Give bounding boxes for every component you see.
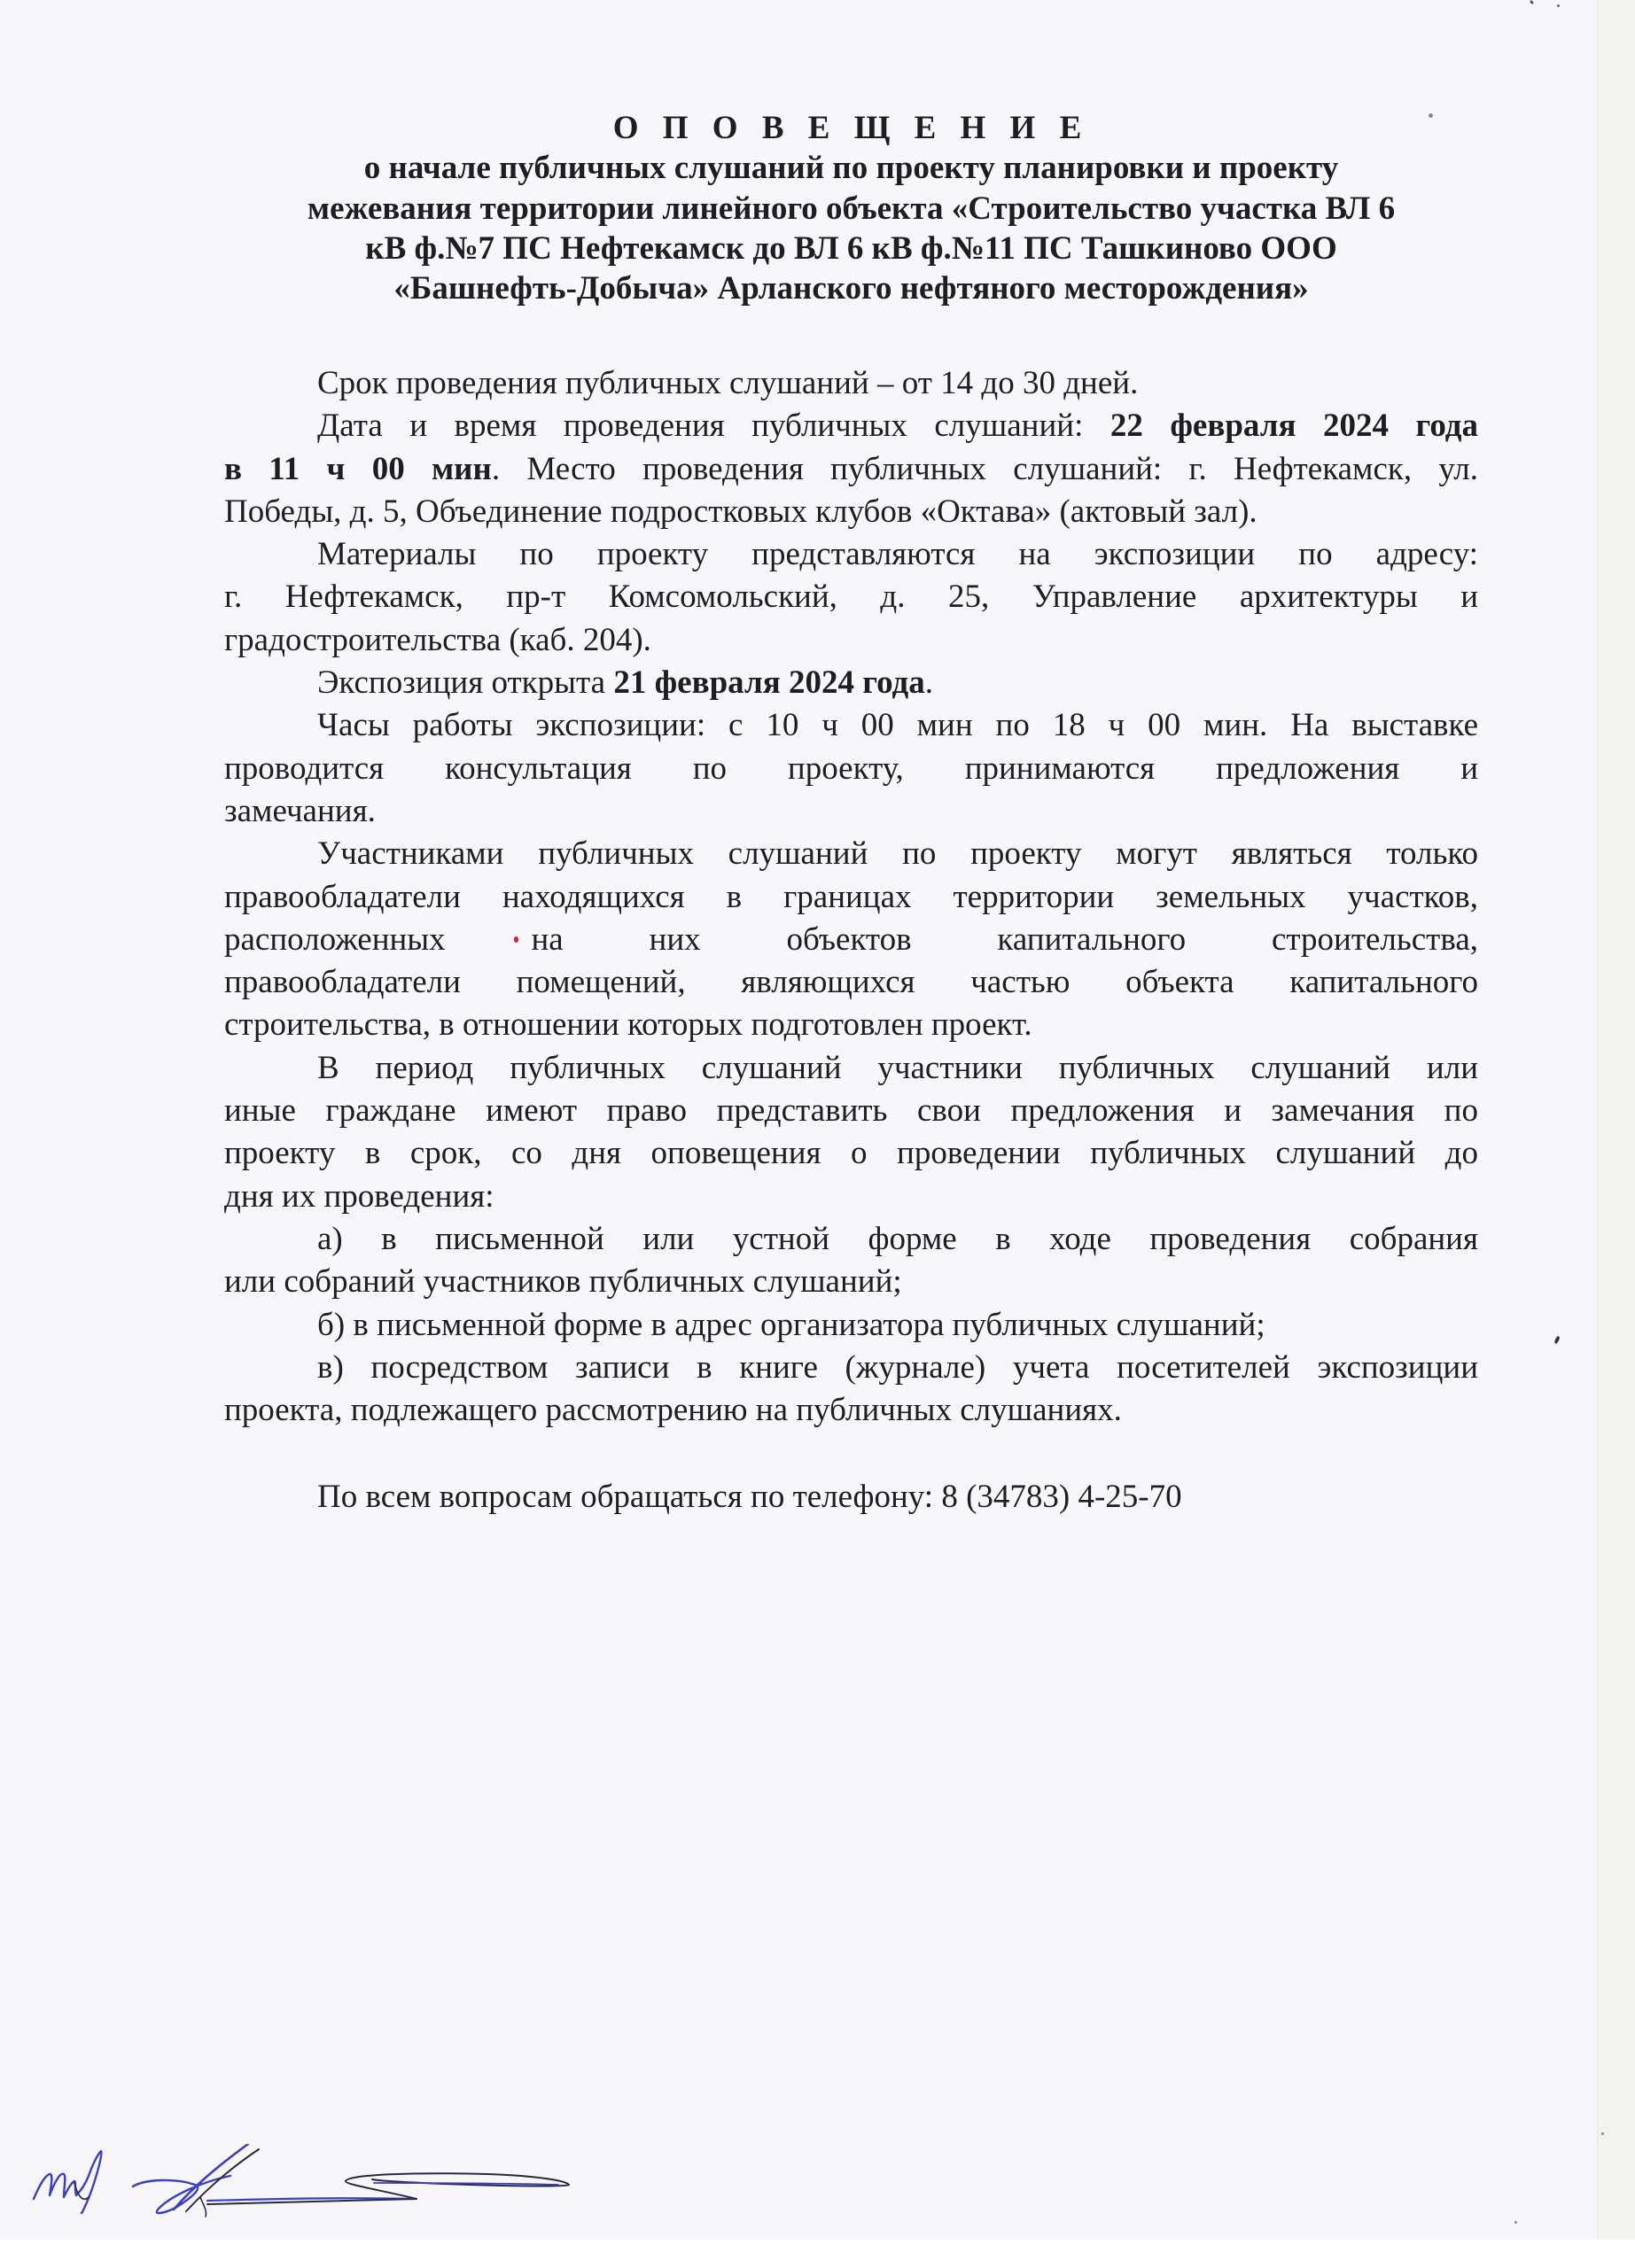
subtitle-line-4: «Башнефть-Добыча» Арланского нефтяного м…	[224, 268, 1478, 308]
paragraph-materials-line-3: градостроительства (каб. 204).	[224, 619, 1478, 662]
paragraph-materials-line-1: Материалы по проекту представляются на э…	[224, 533, 1478, 576]
subtitle-line-3: кВ ф.№7 ПС Нефтекамск до ВЛ 6 кВ ф.№11 П…	[224, 229, 1478, 268]
paragraph-participants-line-1: Участниками публичных слушаний по проект…	[224, 833, 1478, 875]
exposition-date: 21 февраля 2024 года	[613, 664, 924, 701]
paragraph-date-place-line-3: Победы, д. 5, Объединение подростковых к…	[224, 491, 1478, 533]
paragraph-rights-line-1: В период публичных слушаний участники пу…	[224, 1047, 1478, 1090]
paragraph-participants-line-3: расположенных на них объектов капитально…	[224, 919, 1478, 961]
option-c-line-2: проекта, подлежащего рассмотрению на пуб…	[224, 1389, 1478, 1432]
paragraph-rights-line-2: иные граждане имеют право представить св…	[224, 1090, 1478, 1132]
paragraph-exposition-open: Экспозиция открыта 21 февраля 2024 года.	[224, 662, 1478, 704]
date-label: Дата и время проведения публичных слушан…	[317, 408, 1083, 444]
option-c-line-1: в) посредством записи в книге (журнале) …	[224, 1347, 1478, 1389]
signature-block	[27, 2144, 594, 2241]
document-header: О П О В Е Щ Е Н И Е о начале публичных с…	[224, 112, 1478, 308]
scan-speck	[1514, 2221, 1517, 2224]
initials-signature-icon	[34, 2151, 101, 2213]
option-a-line-2: или собраний участников публичных слушан…	[224, 1261, 1478, 1303]
paragraph-rights-line-4: дня их проведения:	[224, 1176, 1478, 1218]
paragraph-materials-line-2: г. Нефтекамск, пр-т Комсомольский, д. 25…	[224, 576, 1478, 618]
subtitle-line-1: о начале публичных слушаний по проекту п…	[224, 148, 1478, 188]
paragraph-hours-line-3: замечания.	[224, 790, 1478, 833]
paragraph-participants-line-2: правообладатели находящихся в границах т…	[224, 876, 1478, 919]
paragraph-participants-line-5: строительства, в отношении которых подго…	[224, 1004, 1478, 1046]
subtitle-line-2: межевания территории линейного объекта «…	[224, 189, 1478, 229]
contact-phone-line: По всем вопросам обращаться по телефону:…	[317, 1476, 1182, 1518]
paragraph-hours-line-1: Часы работы экспозиции: с 10 ч 00 мин по…	[224, 704, 1478, 747]
paragraph-rights-line-3: проекту в срок, со дня оповещения о пров…	[224, 1132, 1478, 1175]
scan-speck	[1601, 2132, 1604, 2135]
scan-edge-strip	[1597, 0, 1635, 2240]
red-ink-dot	[514, 936, 518, 943]
scan-speck	[1557, 4, 1560, 7]
paragraph-date-place-line-1: Дата и время проведения публичных слушан…	[224, 405, 1478, 447]
exposition-label: Экспозиция открыта	[317, 664, 605, 701]
document-body: Срок проведения публичных слушаний – от …	[224, 362, 1478, 1432]
place-label: . Место проведения публичных слушаний: г…	[492, 451, 1478, 487]
option-a-line-1: а) в письменной или устной форме в ходе …	[224, 1218, 1478, 1261]
hearing-date: 22 февраля 2024 года	[1110, 408, 1478, 444]
period: .	[925, 664, 933, 701]
option-b-line-1: б) в письменной форме в адрес организато…	[224, 1304, 1478, 1347]
paragraph-date-place-line-2: в 11 ч 00 мин. Место проведения публичны…	[224, 448, 1478, 491]
handwritten-signature-icon	[133, 2144, 569, 2217]
document-title: О П О В Е Щ Е Н И Е	[224, 108, 1478, 148]
paragraph-duration: Срок проведения публичных слушаний – от …	[224, 362, 1478, 405]
scan-speck	[1429, 113, 1433, 118]
hearing-time: в 11 ч 00 мин	[224, 451, 492, 487]
paragraph-participants-line-4: правообладатели помещений, являющихся ча…	[224, 961, 1478, 1004]
paragraph-hours-line-2: проводится консультация по проекту, прин…	[224, 748, 1478, 790]
